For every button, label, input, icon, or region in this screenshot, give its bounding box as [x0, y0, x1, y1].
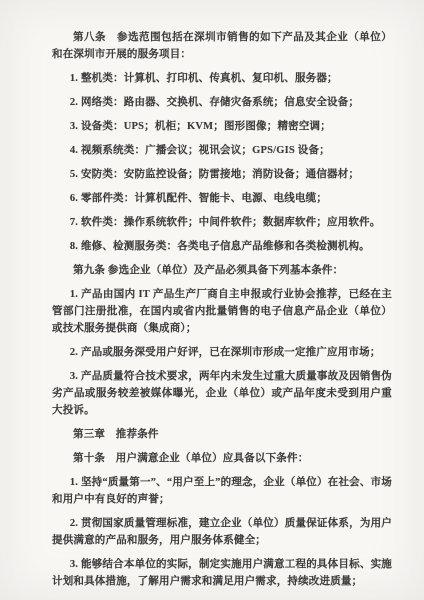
document-paragraph-14: 第三章 推荐条件: [52, 426, 392, 443]
document-paragraph-10: 第九条 参选企业（单位）及产品必须具备下列基本条件：: [52, 262, 392, 279]
document-paragraph-1: 第八条 参选范围包括在深圳市销售的如下产品及其企业（单位）和在深圳市开展的服务项…: [52, 29, 392, 63]
document-paragraph-15: 第十条 用户满意企业（单位）应具备以下条件：: [52, 450, 392, 467]
document-paragraph-13: 3. 产品质量符合技术要求，两年内未发生过重大质量事故及因销售伪劣产品或服务较差…: [52, 368, 392, 419]
document-paragraph-8: 7. 软件类：操作系统软件；中间件软件；数据库软件；应用软件。: [52, 214, 392, 231]
document-paragraph-2: 1. 整机类：计算机、打印机、传真机、复印机、服务器；: [52, 70, 392, 87]
document-paragraph-3: 2. 网络类：路由器、交换机、存储灾备系统；信息安全设备；: [52, 94, 392, 111]
document-paragraph-6: 5. 安防类：安防监控设备；防雷接地；消防设备；通信器材；: [52, 166, 392, 183]
document-paragraph-9: 8. 维修、检测服务类：各类电子信息产品维修和各类检测机构。: [52, 238, 392, 255]
document-paragraph-4: 3. 设备类：UPS；机柜；KVM；图形图像；精密空调；: [52, 118, 392, 135]
document-body: 第八条 参选范围包括在深圳市销售的如下产品及其企业（单位）和在深圳市开展的服务项…: [52, 29, 392, 590]
document-paragraph-17: 2. 贯彻国家质量管理标准，建立企业（单位）质量保证体系，为用户提供满意的产品和…: [52, 515, 392, 549]
document-paragraph-16: 1. 坚持“质量第一”、“用户至上”的理念，企业（单位）在社会、市场和用户中有良…: [52, 474, 392, 508]
document-paragraph-18: 3. 能够结合本单位的实际，制定实施用户满意工程的具体目标、实施计划和具体措施，…: [52, 556, 392, 590]
document-paragraph-5: 4. 视频系统类：广播会议；视讯会议；GPS/GIS 设备；: [52, 142, 392, 159]
document-paragraph-12: 2. 产品或服务深受用户好评，已在深圳市形成一定推广应用市场；: [52, 344, 392, 361]
document-page: 第八条 参选范围包括在深圳市销售的如下产品及其企业（单位）和在深圳市开展的服务项…: [0, 0, 424, 600]
document-paragraph-7: 6. 零部件类：计算机配件、智能卡、电源、电线电缆；: [52, 190, 392, 207]
document-paragraph-11: 1. 产品由国内 IT 产品生产厂商自主申报或行业协会推荐，已经在主管部门注册批…: [52, 286, 392, 337]
